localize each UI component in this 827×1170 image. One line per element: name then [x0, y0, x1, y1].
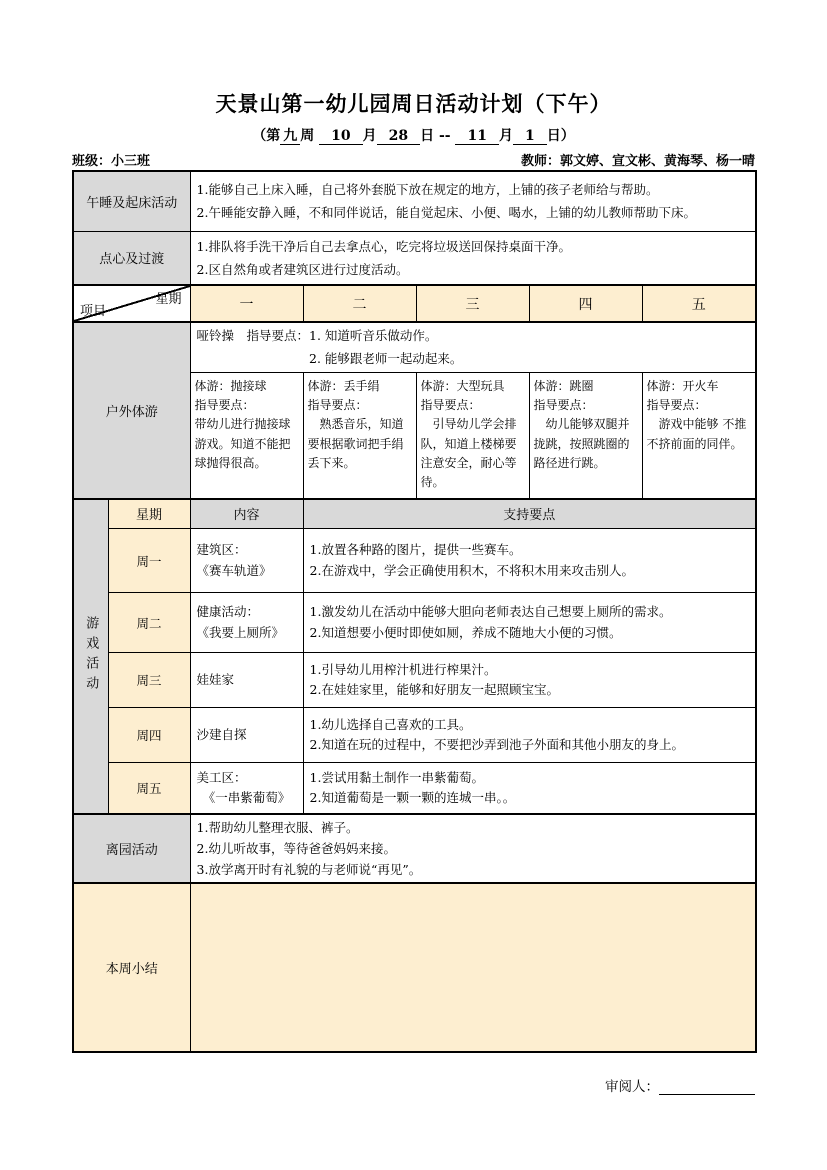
snack-label-cell: 点心及过渡	[73, 231, 190, 285]
reviewer-line: 审阅人：	[72, 1075, 755, 1095]
outdoor-exercise-cell: 哑铃操 指导要点：1. 知道听音乐做动作。 2. 能够跟老师一起动起来。	[190, 322, 756, 373]
games-header-content: 内容	[190, 499, 303, 529]
day-label-1: 日	[420, 128, 434, 144]
game-day-wed: 周三	[108, 653, 190, 708]
game-day-mon: 周一	[108, 529, 190, 593]
week-header-row: 星期 项目 一 二 三 四 五	[73, 285, 756, 322]
game-support-wed: 1.引导幼儿用榨汁机进行榨果汁。 2.在娃娃家里，能够和好朋友一起照顾宝宝。	[303, 653, 756, 708]
game-day-thu: 周四	[108, 708, 190, 763]
start-day: 28	[377, 128, 420, 145]
month-label-2: 月	[499, 128, 513, 144]
day-header-thu: 四	[529, 285, 642, 322]
plan-sheet: 天景山第一幼儿园周日活动计划（下午） （第九周 10月28日 -- 11月1日）…	[72, 88, 755, 1095]
teacher-names: 教师：郭文婷、宣文彬、黄海琴、杨一晴	[521, 150, 755, 169]
sport-wed-cell: 体游：大型玩具 指导要点： 引导幼儿学会排队，知道上楼梯要注意安全，耐心等待。	[416, 373, 529, 499]
games-header-day: 星期	[108, 499, 190, 529]
game-row-mon: 周一 建筑区： 《赛车轨道》 1.放置各种路的图片，提供一些赛车。 2.在游戏中…	[73, 529, 756, 593]
day-header-mon: 一	[190, 285, 303, 322]
corner-week-label: 星期	[156, 288, 182, 307]
game-support-thu: 1.幼儿选择自己喜欢的工具。 2.知道在玩的过程中，不要把沙弄到池子外面和其他小…	[303, 708, 756, 763]
game-row-thu: 周四 沙建自探 1.幼儿选择自己喜欢的工具。 2.知道在玩的过程中，不要把沙弄到…	[73, 708, 756, 763]
nap-content-cell: 1.能够自己上床入睡，自己将外套脱下放在规定的地方，上铺的孩子老师给与帮助。 2…	[190, 171, 756, 231]
game-content-thu: 沙建自探	[190, 708, 303, 763]
leave-row: 离园活动 1.帮助幼儿整理衣服、裤子。 2.幼儿听故事，等待爸爸妈妈来接。 3.…	[73, 814, 756, 884]
game-day-fri: 周五	[108, 763, 190, 814]
snack-row: 点心及过渡 1.排队将手洗干净后自己去拿点心，吃完将垃圾送回保持桌面干净。 2.…	[73, 231, 756, 285]
end-month: 11	[455, 128, 498, 145]
game-content-tue: 健康活动： 《我要上厕所》	[190, 593, 303, 653]
game-content-wed: 娃娃家	[190, 653, 303, 708]
games-section-label-cell: 游戏活动	[73, 499, 108, 814]
games-section-label: 游戏活动	[84, 616, 97, 696]
outdoor-label-cell: 户外体游	[73, 322, 190, 499]
month-label-1: 月	[363, 128, 377, 144]
week-number: 九	[280, 128, 300, 145]
summary-label-cell: 本周小结	[73, 883, 190, 1052]
game-content-mon: 建筑区： 《赛车轨道》	[190, 529, 303, 593]
game-day-tue: 周二	[108, 593, 190, 653]
game-support-fri: 1.尝试用黏土制作一串紫葡萄。 2.知道葡萄是一颗一颗的连城一串。。	[303, 763, 756, 814]
week-date-line: （第九周 10月28日 -- 11月1日）	[72, 125, 755, 145]
day-header-tue: 二	[303, 285, 416, 322]
summary-row: 本周小结	[73, 883, 756, 1052]
games-header-support: 支持要点	[303, 499, 756, 529]
game-row-tue: 周二 健康活动： 《我要上厕所》 1.激发幼儿在活动中能够大胆向老师表达自己想要…	[73, 593, 756, 653]
game-content-fri: 美工区： 《一串紫葡萄》	[190, 763, 303, 814]
nap-row: 午睡及起床活动 1.能够自己上床入睡，自己将外套脱下放在规定的地方，上铺的孩子老…	[73, 171, 756, 231]
day-label-2: 日）	[547, 128, 575, 144]
outdoor-exercise-row: 户外体游 哑铃操 指导要点：1. 知道听音乐做动作。 2. 能够跟老师一起动起来…	[73, 322, 756, 373]
sport-mon-cell: 体游：抛接球 指导要点： 带幼儿进行抛接球游戏。知道不能把球抛得很高。	[190, 373, 303, 499]
day-header-fri: 五	[642, 285, 756, 322]
corner-item-label: 项目	[80, 300, 106, 319]
game-support-tue: 1.激发幼儿在活动中能够大胆向老师表达自己想要上厕所的需求。 2.知道想要小便时…	[303, 593, 756, 653]
games-header-row: 游戏活动 星期 内容 支持要点	[73, 499, 756, 529]
game-support-mon: 1.放置各种路的图片，提供一些赛车。 2.在游戏中，学会正确使用积木，不将积木用…	[303, 529, 756, 593]
start-month: 10	[319, 128, 362, 145]
game-row-wed: 周三 娃娃家 1.引导幼儿用榨汁机进行榨果汁。 2.在娃娃家里，能够和好朋友一起…	[73, 653, 756, 708]
nap-label-cell: 午睡及起床活动	[73, 171, 190, 231]
snack-content-cell: 1.排队将手洗干净后自己去拿点心，吃完将垃圾送回保持桌面干净。 2.区自然角或者…	[190, 231, 756, 285]
leave-content-cell: 1.帮助幼儿整理衣服、裤子。 2.幼儿听故事，等待爸爸妈妈来接。 3.放学离开时…	[190, 814, 756, 884]
page-title: 天景山第一幼儿园周日活动计划（下午）	[72, 88, 755, 118]
subtitle-prefix: （第	[252, 128, 280, 144]
leave-label-cell: 离园活动	[73, 814, 190, 884]
summary-content-cell	[190, 883, 756, 1052]
date-separator: --	[439, 128, 451, 144]
meta-row: 班级：小三班 教师：郭文婷、宣文彬、黄海琴、杨一晴	[72, 150, 755, 169]
diagonal-header-cell: 星期 项目	[73, 285, 190, 322]
document-page: 天景山第一幼儿园周日活动计划（下午） （第九周 10月28日 -- 11月1日）…	[0, 0, 827, 1170]
sport-tue-cell: 体游：丢手绢 指导要点： 熟悉音乐，知道要根据歌词把手绢丢下来。	[303, 373, 416, 499]
game-row-fri: 周五 美工区： 《一串紫葡萄》 1.尝试用黏土制作一串紫葡萄。 2.知道葡萄是一…	[73, 763, 756, 814]
day-header-wed: 三	[416, 285, 529, 322]
activity-plan-table: 午睡及起床活动 1.能够自己上床入睡，自己将外套脱下放在规定的地方，上铺的孩子老…	[72, 170, 757, 1053]
reviewer-blank	[659, 1080, 755, 1095]
sport-thu-cell: 体游：跳圈 指导要点： 幼儿能够双腿并拢跳，按照跳圈的路径进行跳。	[529, 373, 642, 499]
reviewer-label: 审阅人：	[605, 1079, 659, 1095]
end-day: 1	[513, 128, 547, 145]
class-name: 班级：小三班	[72, 150, 150, 169]
sport-fri-cell: 体游：开火车 指导要点： 游戏中能够 不推不挤前面的同伴。	[642, 373, 756, 499]
subtitle-week-suffix: 周	[300, 128, 314, 144]
